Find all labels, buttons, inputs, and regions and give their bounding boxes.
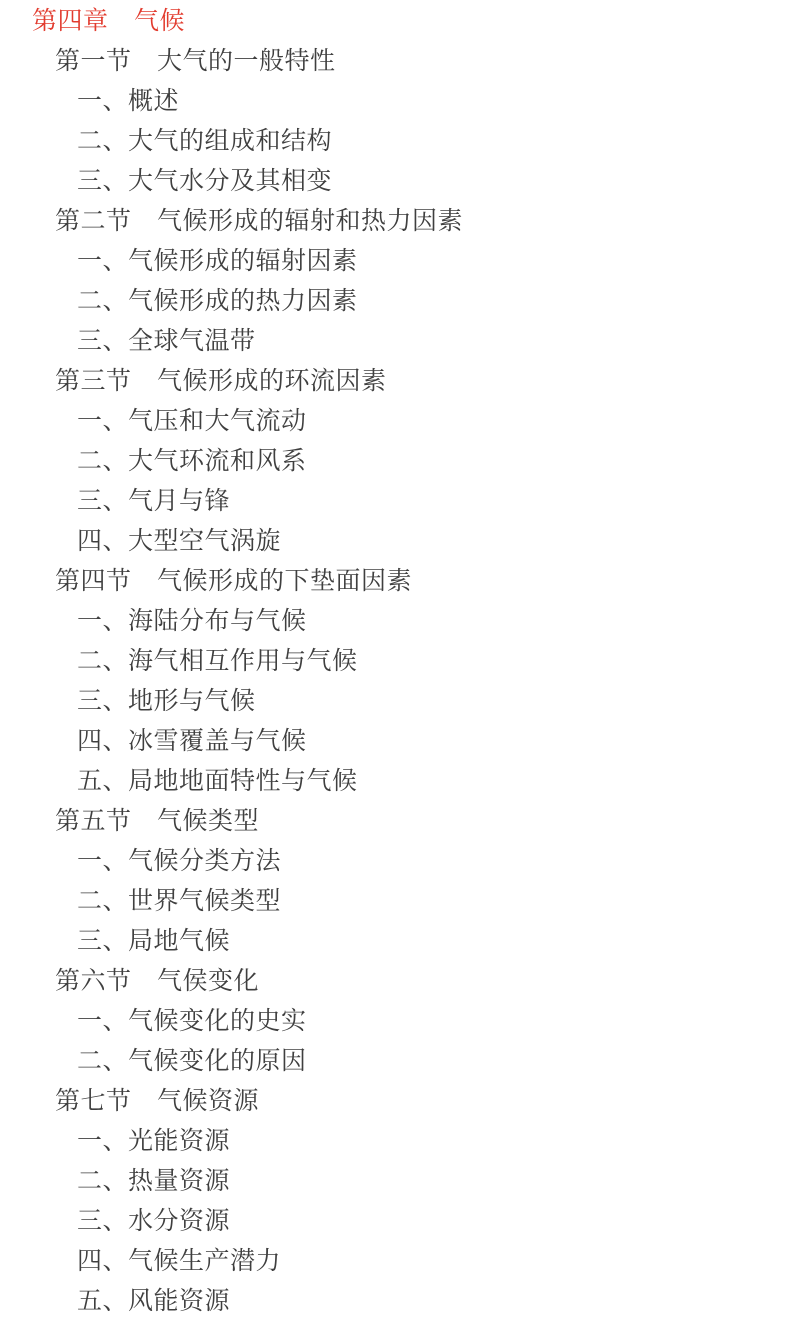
toc-item: 四、大型空气涡旋 [0,521,790,561]
toc-item: 三、局地气候 [0,921,790,961]
toc-rows: 第一节 大气的一般特性一、概述二、大气的组成和结构三、大气水分及其相变第二节 气… [0,41,790,1321]
toc-item: 二、大气环流和风系 [0,441,790,481]
toc-item: 一、气压和大气流动 [0,401,790,441]
toc-item: 四、冰雪覆盖与气候 [0,721,790,761]
section-title: 第一节 大气的一般特性 [0,41,790,81]
toc-item: 一、海陆分布与气候 [0,601,790,641]
section-title: 第二节 气候形成的辐射和热力因素 [0,201,790,241]
toc-item: 一、气候变化的史实 [0,1001,790,1041]
page: { "toc": { "background": "#ffffff", "tex… [0,0,790,1324]
toc-item: 四、气候生产潜力 [0,1241,790,1281]
section-title: 第五节 气候类型 [0,801,790,841]
toc-item: 二、世界气候类型 [0,881,790,921]
toc-item: 二、气候形成的热力因素 [0,281,790,321]
toc-item: 一、概述 [0,81,790,121]
toc-item: 二、气候变化的原因 [0,1041,790,1081]
toc-item: 一、气候形成的辐射因素 [0,241,790,281]
toc-item: 二、热量资源 [0,1161,790,1201]
toc-item: 三、地形与气候 [0,681,790,721]
toc-item: 二、海气相互作用与气候 [0,641,790,681]
table-of-contents: 第四章 气候 第一节 大气的一般特性一、概述二、大气的组成和结构三、大气水分及其… [0,0,790,1321]
section-title: 第四节 气候形成的下垫面因素 [0,561,790,601]
toc-item: 三、水分资源 [0,1201,790,1241]
toc-item: 一、光能资源 [0,1121,790,1161]
section-title: 第七节 气候资源 [0,1081,790,1121]
section-title: 第三节 气候形成的环流因素 [0,361,790,401]
toc-item: 三、气月与锋 [0,481,790,521]
toc-item: 二、大气的组成和结构 [0,121,790,161]
section-title: 第六节 气侯变化 [0,961,790,1001]
toc-item: 一、气候分类方法 [0,841,790,881]
chapter-title: 第四章 气候 [0,1,790,41]
toc-item: 五、风能资源 [0,1281,790,1321]
toc-item: 五、局地地面特性与气候 [0,761,790,801]
toc-item: 三、大气水分及其相变 [0,161,790,201]
toc-item: 三、全球气温带 [0,321,790,361]
